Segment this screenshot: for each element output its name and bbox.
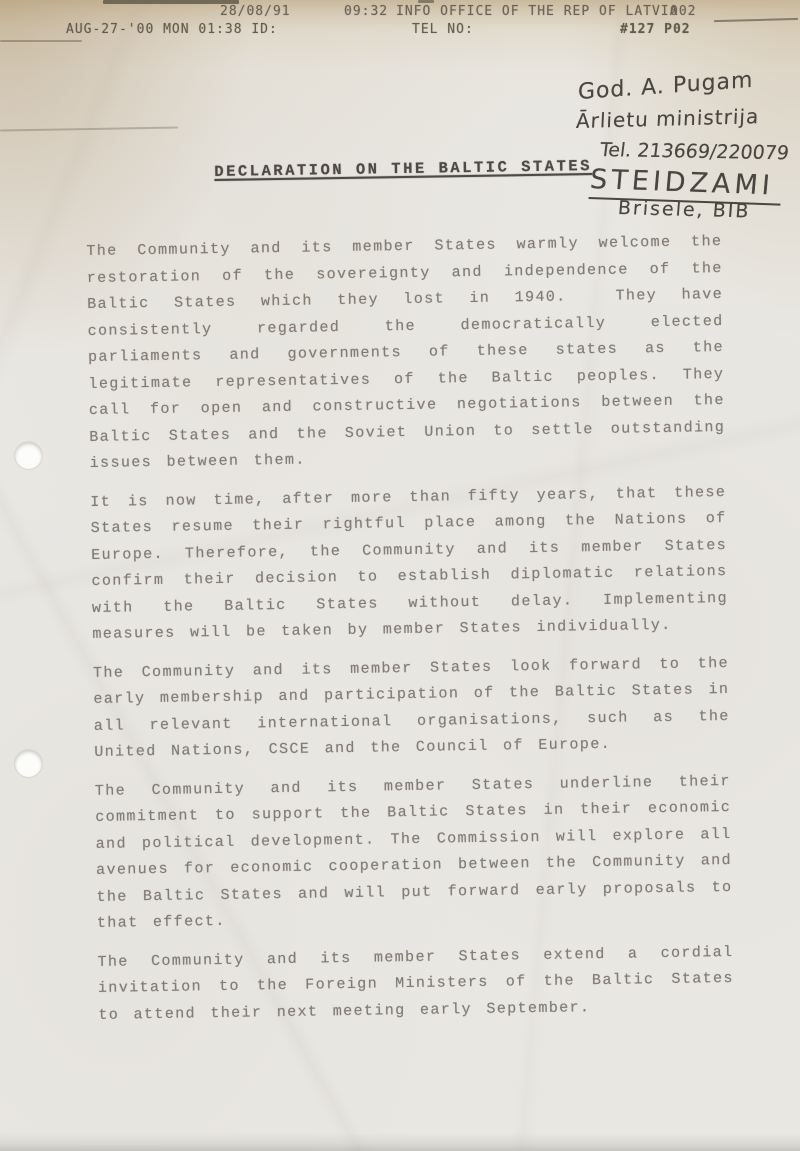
typewritten-body: DECLARATION ON THE BALTIC STATES The Com… (85, 155, 734, 1029)
scan-edge-mark (418, 0, 434, 3)
scan-edge-mark (103, 0, 239, 4)
handwritten-organization: Ārlietu ministrija (575, 104, 759, 133)
scan-edge-mark (0, 40, 82, 42)
document-title: DECLARATION ON THE BALTIC STATES (85, 155, 721, 183)
fax-separator-line (714, 18, 798, 22)
paragraph-3: The Community and its member States look… (93, 650, 731, 766)
fax-sent-date: 28/08/91 (220, 4, 291, 19)
fax-page-ref: #127 P02 (620, 22, 691, 37)
handwritten-recipient: God. A. Pugam (578, 68, 753, 105)
paragraph-1: The Community and its member States warm… (86, 229, 726, 477)
paragraph-5: The Community and its member States exte… (97, 939, 734, 1028)
fax-sent-page-number: 002 (670, 4, 696, 19)
paragraph-4: The Community and its member States unde… (95, 768, 733, 937)
fax-sent-time: 09:32 (344, 4, 388, 19)
fax-tel-label: TEL NO: (412, 22, 474, 37)
scanned-fax-document-page: 28/08/91 09:32 INFO OFFICE OF THE REP OF… (0, 0, 800, 1151)
fax-sender-name: INFO OFFICE OF THE REP OF LATVIA (396, 4, 678, 19)
scan-edge-mark (0, 126, 178, 131)
punch-hole (15, 442, 42, 469)
punch-hole (15, 750, 42, 777)
fax-received-stamp: AUG-27-'00 MON 01:38 ID: (66, 22, 278, 37)
paragraph-2: It is now time, after more than fifty ye… (90, 479, 728, 648)
